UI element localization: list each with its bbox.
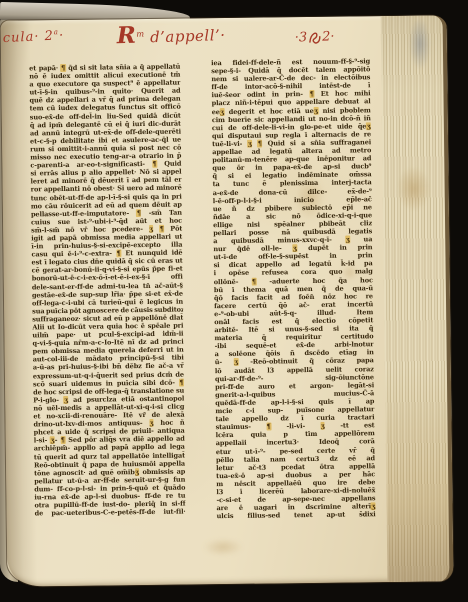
paragraph-mark: ʒ (64, 396, 69, 404)
manuscript-page: cula· 2a· Rm d’appell’· ·3 2· et papā· ¶… (1, 15, 454, 586)
text-column-left: et papā· ¶ q̄d si sit lata sn̄ia a q̄ ap… (29, 63, 186, 527)
paragraph-mark: ¶ (159, 225, 164, 233)
paragraph-mark: ¶ (136, 209, 141, 217)
paragraph-mark: ʒ (371, 502, 376, 510)
paragraph-mark: ¶ (251, 277, 256, 285)
folio-number: ·3 2· (295, 29, 335, 45)
text-column-right: iea fidei-ff-dele-ñ est nouum-ff-§-⁹-sig… (211, 57, 376, 523)
paragraph-mark: ʒ (366, 122, 371, 130)
folio-right-digit: 2· (322, 29, 335, 44)
paragraph-mark: ʒ (234, 358, 239, 366)
paragraph-mark: ¶ (266, 423, 271, 431)
paragraph-mark: ¶ (60, 436, 65, 444)
paragraph-mark: ʒ (314, 106, 319, 114)
paragraph-mark: ¶ (152, 160, 157, 168)
fore-edge-pages (381, 15, 454, 582)
paragraph-mark: ʒ (135, 468, 140, 476)
text-line: ulcis filius-sed tenet ap-ut s̄dixi (217, 510, 376, 520)
paragraph-mark: ʒ (149, 225, 154, 233)
fore-edge-stain (396, 166, 431, 212)
paragraph-mark: ¶ (179, 378, 184, 386)
running-header: cula· 2a· Rm d’appell’· ·3 2· (1, 15, 447, 60)
paragraph-mark: ¶ (257, 139, 262, 147)
paragraph-mark: ¶ (116, 249, 121, 257)
running-header-title: Rm d’appell’· (116, 19, 226, 49)
paragraph-mark: ʒ (149, 419, 154, 427)
paragraph-mark: ʒ (220, 108, 225, 116)
paragraph-mark: ʒ (345, 236, 350, 244)
folio-flourish-icon (308, 30, 321, 45)
title-rest: d’appell’· (145, 26, 226, 46)
photo-of-incunabulum-page: { "colors": { "background": "#0d0b08", "… (0, 0, 468, 602)
header-left-tail: · (59, 28, 65, 43)
title-superscript: m (136, 28, 145, 38)
header-left-text: cula· 2 (2, 29, 54, 46)
paragraph-mark: ʒ (320, 422, 325, 430)
folio-left-digit: ·3 (295, 30, 308, 45)
page-stain (203, 538, 243, 556)
text-line: de pac-ueteribus-C-e-petēs-ff-de iut-fil… (35, 508, 186, 518)
paragraph-mark: ¶ (309, 90, 314, 98)
paragraph-mark: ʒ (50, 436, 55, 444)
paragraph-mark: ¶ (61, 64, 66, 72)
paragraph-mark: ʒ (292, 244, 297, 252)
title-initial: R (116, 22, 136, 50)
running-header-left: cula· 2a· (2, 27, 64, 46)
paragraph-mark: ʒ (247, 140, 252, 148)
